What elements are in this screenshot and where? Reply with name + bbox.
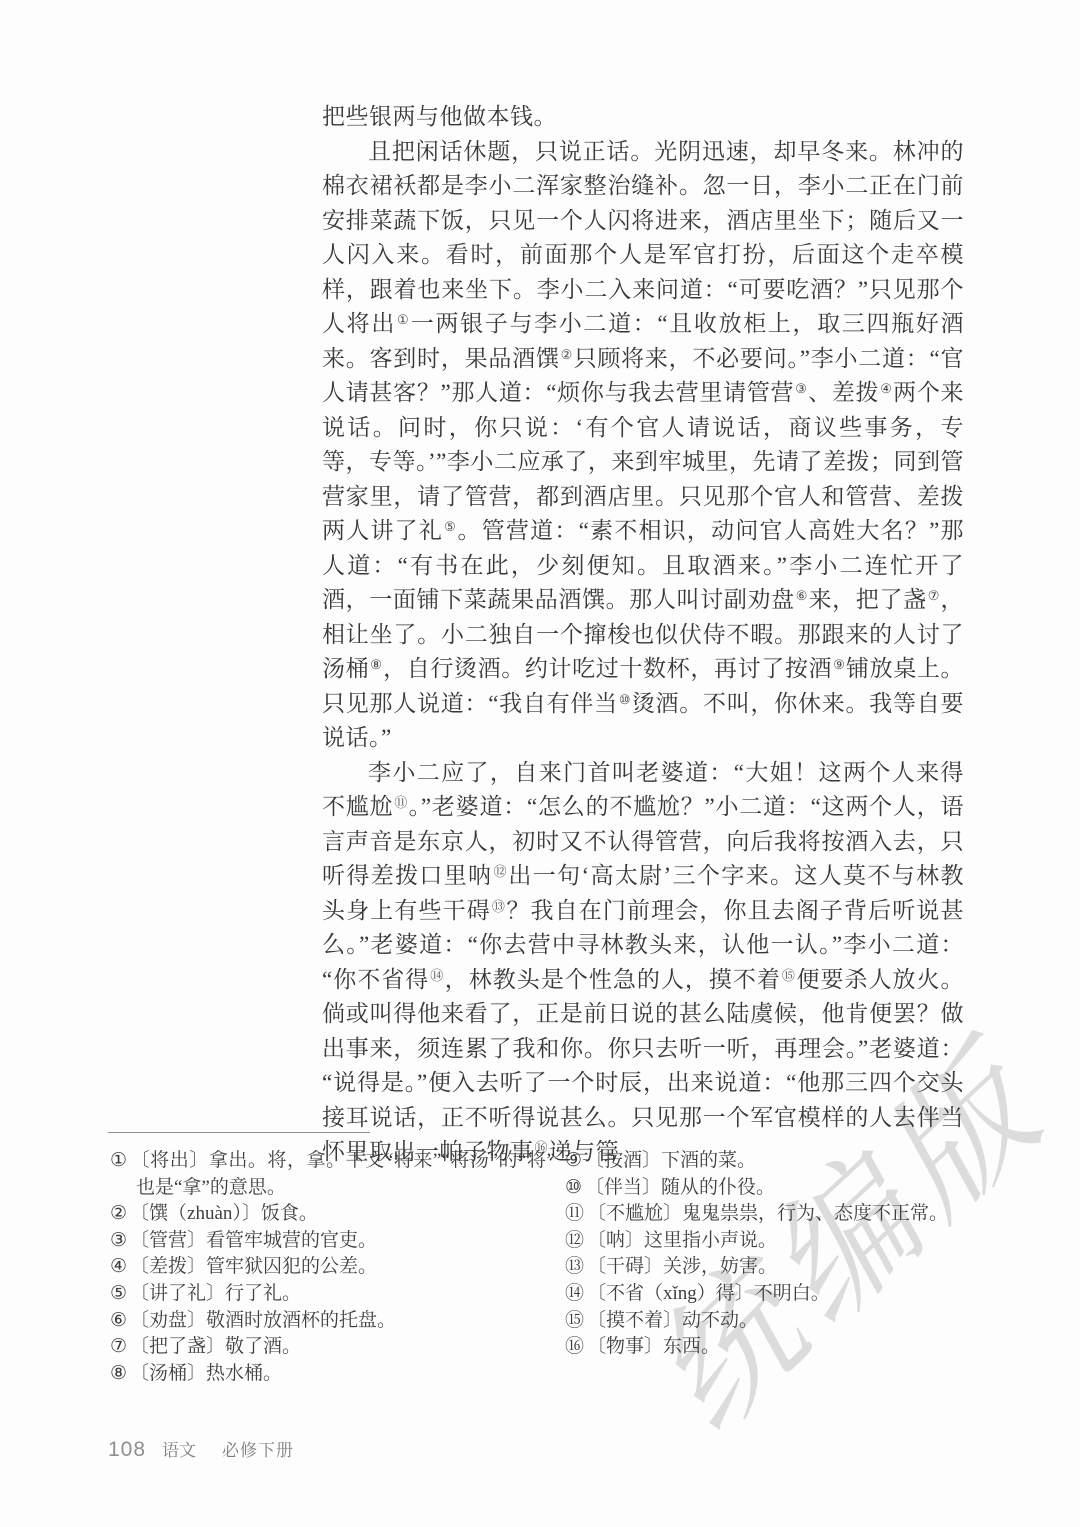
footnote-item: ③〔管营〕看管牢城营的官吏。 (110, 1228, 555, 1255)
note-ref: ① (396, 312, 411, 327)
note-ref: ⑪ (393, 795, 408, 810)
footnote-marker: ② (110, 1203, 127, 1224)
note-ref: ⑧ (369, 657, 383, 672)
footnote-column-left: ①〔将出〕拿出。将，拿。下文“将来”“将汤”的“将”也是“拿”的意思。②〔馔（z… (110, 1148, 555, 1387)
body-text: 把些银两与他做本钱。且把闲话休题，只说正话。光阴迅速，却早冬来。林冲的棉衣裙袄都… (322, 100, 964, 1170)
footnote-marker: ① (110, 1150, 128, 1171)
note-ref: ⑫ (493, 864, 509, 879)
footnote-marker: ⑩ (565, 1177, 582, 1198)
note-ref: ⑬ (491, 899, 507, 914)
footnotes: ①〔将出〕拿出。将，拿。下文“将来”“将汤”的“将”也是“拿”的意思。②〔馔（z… (110, 1148, 990, 1387)
footnote-item: ⑤〔讲了礼〕行了礼。 (110, 1281, 555, 1308)
note-ref: ⑦ (927, 588, 941, 603)
note-ref: ⑤ (443, 519, 457, 534)
footnote-marker: ④ (110, 1256, 127, 1277)
footnote-marker: ⑦ (110, 1336, 127, 1357)
note-ref: ⑮ (781, 968, 797, 983)
footnote-marker: ⑥ (110, 1310, 127, 1331)
footnote-marker: ⑯ (565, 1336, 584, 1357)
note-ref: ④ (879, 381, 893, 396)
footnote-marker: ⑤ (110, 1283, 127, 1304)
footnote-item: ⑧〔汤桶〕热水桶。 (110, 1361, 555, 1388)
note-ref: ⑩ (618, 692, 632, 707)
paragraph: 把些银两与他做本钱。 (322, 100, 964, 135)
footnote-marker: ⑧ (110, 1363, 127, 1384)
volume-label: 必修下册 (222, 1436, 294, 1461)
note-ref: ⑨ (832, 657, 846, 672)
footnote-item: ⑦〔把了盏〕敬了酒。 (110, 1334, 555, 1361)
footnote-marker: ⑮ (565, 1310, 584, 1331)
footnote-separator (108, 1132, 370, 1133)
footnote-item: ⑬〔干碍〕关涉，妨害。 (565, 1254, 990, 1281)
footnote-marker: ⑬ (565, 1256, 584, 1277)
footnote-item: ②〔馔（zhuàn）〕饭食。 (110, 1201, 555, 1228)
footnote-column-right: ⑨〔按酒〕下酒的菜。⑩〔伴当〕随从的仆役。⑪〔不尴尬〕鬼鬼祟祟，行为、态度不正常… (565, 1148, 990, 1387)
note-ref: ⑥ (795, 588, 809, 603)
footnote-marker: ⑫ (565, 1230, 584, 1251)
textbook-page: 统编版 把些银两与他做本钱。且把闲话休题，只说正话。光阴迅速，却早冬来。林冲的棉… (0, 0, 1080, 1527)
footnote-item: ⑫〔呐〕这里指小声说。 (565, 1228, 990, 1255)
footnote-marker: ③ (110, 1230, 127, 1251)
subject-label: 语文 (162, 1436, 196, 1461)
footnote-item: ⑩〔伴当〕随从的仆役。 (565, 1175, 990, 1202)
footnote-item: ④〔差拨〕管牢狱囚犯的公差。 (110, 1254, 555, 1281)
footnote-marker: ⑭ (565, 1283, 584, 1304)
footnote-marker: ⑪ (565, 1203, 584, 1224)
footnote-item: ⑪〔不尴尬〕鬼鬼祟祟，行为、态度不正常。 (565, 1201, 990, 1228)
paragraph: 且把闲话休题，只说正话。光阴迅速，却早冬来。林冲的棉衣裙袄都是李小二浑家整治缝补… (322, 135, 964, 756)
note-ref: ③ (794, 381, 808, 396)
footnote-item: ⑥〔劝盘〕敬酒时放酒杯的托盘。 (110, 1308, 555, 1335)
footnote-item: ⑭〔不省（xǐng）得〕不明白。 (565, 1281, 990, 1308)
footnote-marker: ⑨ (565, 1150, 582, 1171)
footnote-item: ⑮〔摸不着〕动不动。 (565, 1308, 990, 1335)
page-number: 108 (108, 1438, 146, 1462)
note-ref: ② (560, 347, 574, 362)
footnote-item: ①〔将出〕拿出。将，拿。下文“将来”“将汤”的“将”也是“拿”的意思。 (110, 1148, 555, 1201)
footnote-item: ⑯〔物事〕东西。 (565, 1334, 990, 1361)
paragraph: 李小二应了，自来门首叫老婆道：“大姐！这两个人来得不尴尬⑪。”老婆道：“怎么的不… (322, 756, 964, 1170)
note-ref: ⑭ (429, 968, 445, 983)
footnote-item: ⑨〔按酒〕下酒的菜。 (565, 1148, 990, 1175)
page-footer: 108 语文 必修下册 (108, 1436, 294, 1462)
